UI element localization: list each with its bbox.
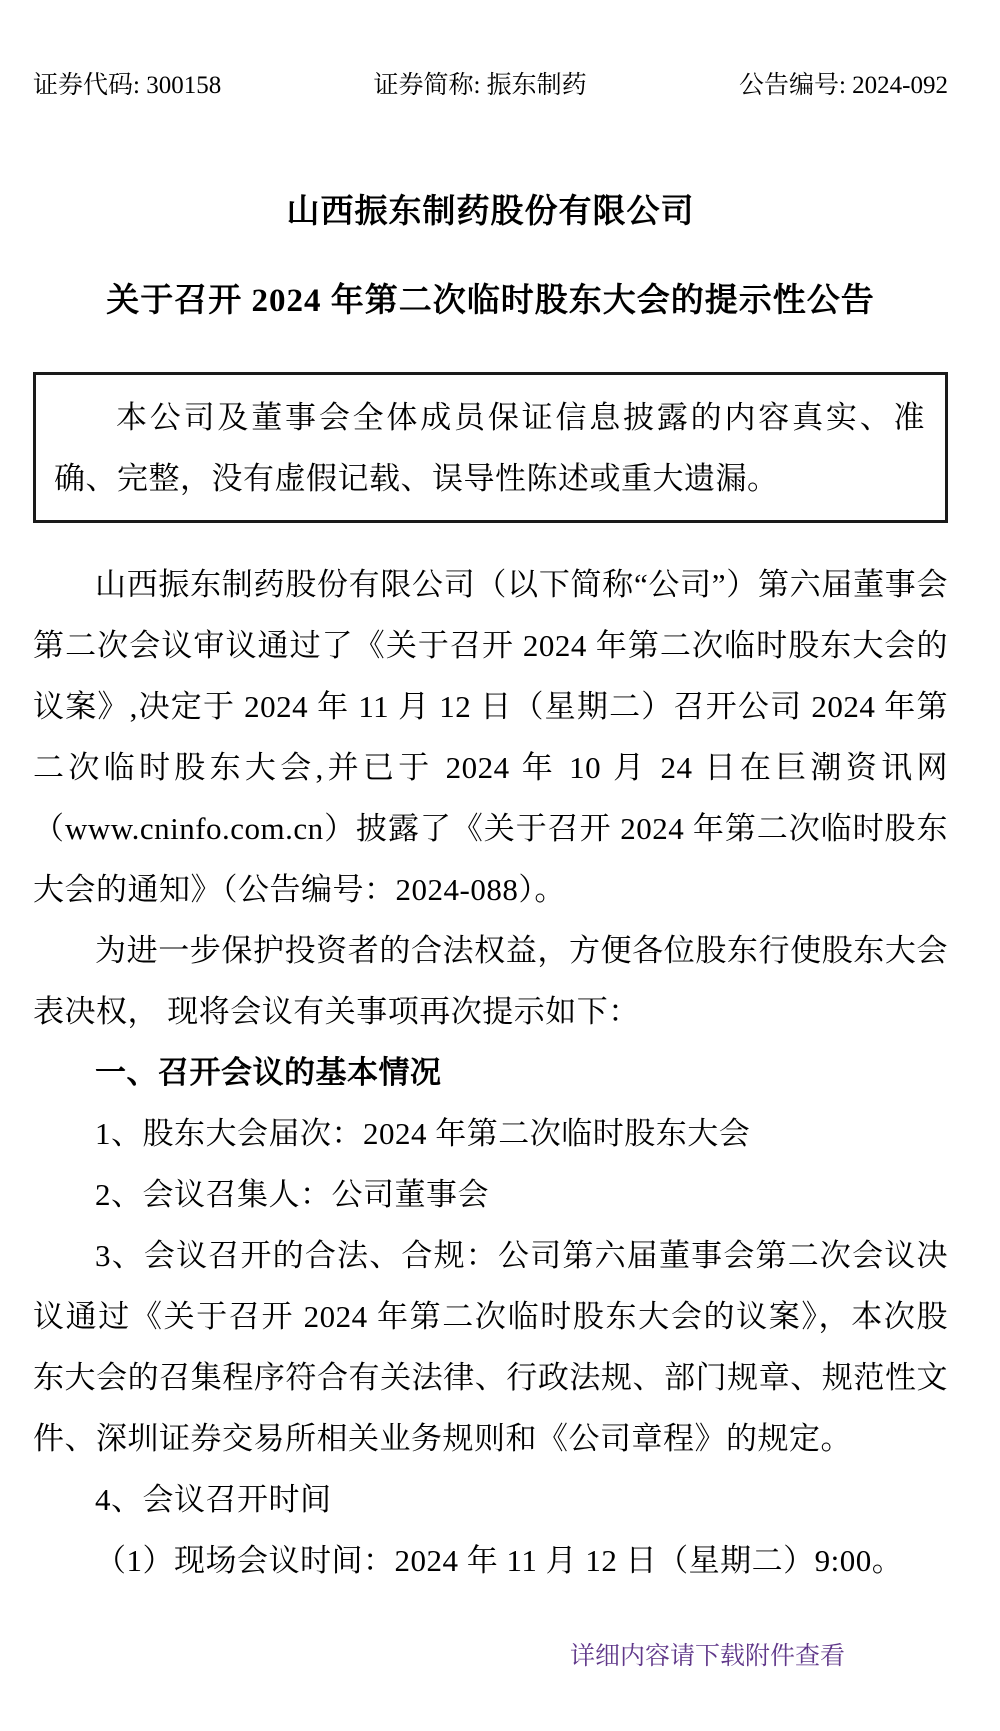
meeting-session-item: 1、股东大会届次：2024 年第二次临时股东大会 bbox=[33, 1103, 948, 1164]
disclaimer-text: 本公司及董事会全体成员保证信息披露的内容真实、准确、完整，没有虚假记载、误导性陈… bbox=[54, 387, 925, 509]
meeting-time-item: 4、会议召开时间 bbox=[33, 1469, 948, 1530]
meeting-legality-item: 3、会议召开的合法、合规：公司第六届董事会第二次会议决议通过《关于召开 2024… bbox=[33, 1225, 948, 1469]
announcement-subject-title: 关于召开 2024 年第二次临时股东大会的提示性公告 bbox=[33, 279, 948, 323]
stock-code: 证券代码: 300158 bbox=[33, 70, 221, 102]
body-paragraph-1: 山西振东制药股份有限公司（以下简称“公司”）第六届董事会第二次会议审议通过了《关… bbox=[33, 554, 948, 920]
attachment-footer: 详细内容请下载附件查看 bbox=[33, 1642, 948, 1672]
meeting-convener-item: 2、会议召集人：公司董事会 bbox=[33, 1164, 948, 1225]
announcement-number: 公告编号: 2024-092 bbox=[739, 70, 948, 102]
body-paragraph-2: 为进一步保护投资者的合法权益，方便各位股东行使股东大会表决权， 现将会议有关事项… bbox=[33, 920, 948, 1042]
securities-header: 证券代码: 300158 证券简称: 振东制药 公告编号: 2024-092 bbox=[33, 70, 948, 102]
announcement-page: 证券代码: 300158 证券简称: 振东制药 公告编号: 2024-092 山… bbox=[0, 0, 1000, 1731]
announcement-body: 山西振东制药股份有限公司（以下简称“公司”）第六届董事会第二次会议审议通过了《关… bbox=[33, 554, 948, 1591]
company-title: 山西振东制药股份有限公司 bbox=[33, 190, 948, 234]
onsite-meeting-time-item: （1）现场会议时间：2024 年 11 月 12 日（星期二）9:00。 bbox=[33, 1530, 948, 1591]
section-1-heading: 一、召开会议的基本情况 bbox=[33, 1042, 948, 1103]
disclaimer-box: 本公司及董事会全体成员保证信息披露的内容真实、准确、完整，没有虚假记载、误导性陈… bbox=[33, 372, 948, 523]
stock-short-name: 证券简称: 振东制药 bbox=[373, 70, 586, 102]
attachment-link[interactable]: 详细内容请下载附件查看 bbox=[570, 1643, 845, 1670]
